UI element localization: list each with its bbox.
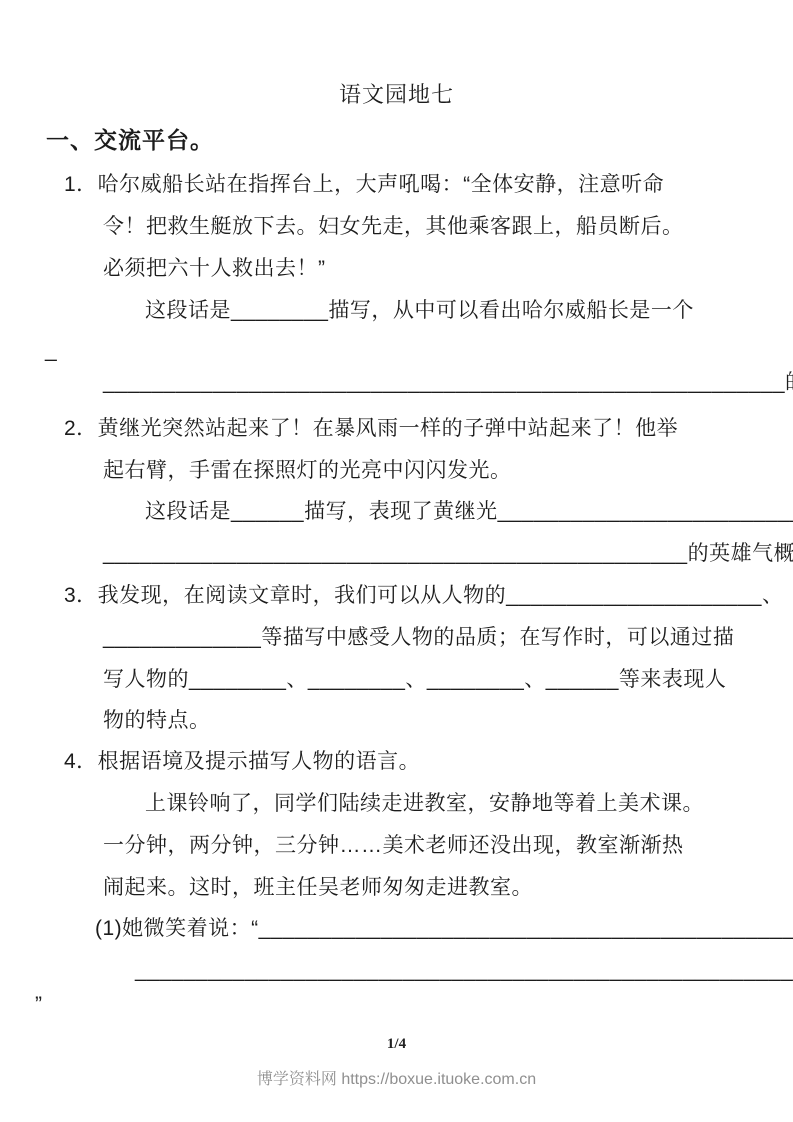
question-4-line-4: 闹起来。这时，班主任吴老师匆匆走进教室。: [103, 873, 533, 903]
question-1-line-2: 令！把救生艇放下去。妇女先走，其他乘客跟上，船员断后。: [103, 212, 684, 242]
question-1-line-3: 必须把六十人救出去！”: [103, 254, 326, 284]
question-1-blank-line: ________________________________________…: [103, 368, 793, 398]
question-3-line-4: 物的特点。: [103, 706, 211, 736]
question-3-line-1: 3．我发现，在阅读文章时，我们可以从人物的___________________…: [64, 581, 783, 611]
question-3-line-2: _____________等描写中感受人物的品质；在写作时，可以通过描: [103, 623, 734, 653]
closing-quote: ”: [35, 990, 43, 1020]
section-heading: 一、交流平台。: [46, 122, 214, 155]
question-4-sub1-line: (1)她微笑着说：“______________________________…: [95, 914, 793, 944]
question-2-answer-line: 这段话是______描写，表现了黄继光_____________________…: [145, 497, 793, 527]
question-2-blank-line: ________________________________________…: [103, 539, 793, 569]
question-4-line-1: 4．根据语境及提示描写人物的语言。: [64, 747, 420, 777]
question-2-line-2: 起右臂，手雷在探照灯的光亮中闪闪发光。: [103, 456, 512, 486]
question-1-line-1: 1．哈尔威船长站在指挥台上，大声吼喝：“全体安静，注意听命: [64, 170, 664, 200]
question-4-line-2: 上课铃响了，同学们陆续走进教室，安静地等着上美术课。: [145, 789, 704, 819]
question-4-blank-line: ________________________________________…: [135, 956, 793, 986]
page-number: 1/4: [0, 1036, 793, 1053]
question-4-line-3: 一分钟，两分钟，三分钟……美术老师还没出现，教室渐渐热: [103, 831, 684, 861]
question-2-line-1: 2．黄继光突然站起来了！在暴风雨一样的子弹中站起来了！他举: [64, 414, 678, 444]
footer-watermark: 博学资料网 https://boxue.ituoke.com.cn: [0, 1066, 793, 1089]
page-title: 语文园地七: [0, 78, 793, 109]
worksheet-page: 语文园地七 一、交流平台。 1．哈尔威船长站在指挥台上，大声吼喝：“全体安静，注…: [0, 0, 793, 1122]
question-1-answer-line: 这段话是________描写，从中可以看出哈尔威船长是一个: [145, 296, 694, 326]
stray-dash: _: [45, 336, 57, 366]
question-3-line-3: 写人物的________、________、________、______等来表…: [103, 665, 726, 695]
